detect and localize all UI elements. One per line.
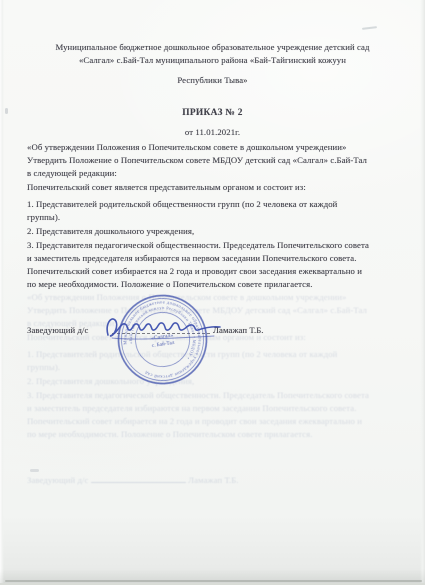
body-line: группы).	[27, 211, 60, 223]
body-line: и заместитель председателя избираются на…	[27, 252, 356, 264]
ghost-signature-name: Ламажап Т.Б.	[188, 475, 239, 485]
ghost-line: и заместитель председателя избираются на…	[27, 402, 356, 414]
org-header-line1: Муниципальное бюджетное дошкольное образ…	[0, 41, 425, 53]
order-title: ПРИКАЗ № 2	[0, 107, 425, 119]
body-line: «Об утверждении Положения о Попечительск…	[27, 141, 346, 153]
scan-edge-left	[0, 0, 4, 585]
signature-role: Заведующий д/с	[27, 324, 89, 336]
body-line: Попечительский совет является представит…	[27, 181, 306, 193]
ghost-line: по мере необходимости. Положение о Попеч…	[27, 428, 312, 440]
body-line: по мере необходимости. Положение о Попеч…	[27, 278, 312, 290]
body-line: 1. Представителей родительской обществен…	[27, 198, 337, 210]
scan-edge-right	[420, 0, 425, 585]
order-date: от 11.01.2021г.	[0, 126, 425, 138]
ghost-line: Попечительский совет избирается на 2 год…	[27, 415, 362, 427]
org-header-line3: Республики Тыва»	[0, 74, 425, 86]
body-line: 2. Представителя дошкольного учреждения,	[27, 225, 194, 237]
body-line: 3. Представителя педагогической обществе…	[27, 239, 369, 251]
body-line: Утвердить Положение о Попечительском сов…	[27, 154, 367, 166]
scan-smudge	[30, 469, 39, 472]
ghost-text-layer: «Об утверждении Положения о Попечительск…	[0, 0, 425, 585]
ghost-line: 3. Представителя педагогической обществе…	[27, 389, 369, 401]
body-line: Попечительский совет избирается на 2 год…	[27, 265, 362, 277]
ghost-signature-line: Заведующий д/с Ламажап Т.Б.	[27, 474, 239, 486]
scan-bottom-line	[5, 580, 422, 582]
body-line: в следующей редакции:	[27, 167, 117, 179]
signature-scribble	[102, 310, 227, 344]
scanned-document-page: «Об утверждении Положения о Попечительск…	[0, 0, 425, 585]
org-header-line2: «Салгал» с.Бай-Тал муниципального района…	[0, 54, 425, 66]
scan-smudge	[5, 108, 8, 114]
ghost-line: группы).	[27, 361, 60, 373]
ghost-signature-role: Заведующий д/с	[27, 475, 89, 485]
